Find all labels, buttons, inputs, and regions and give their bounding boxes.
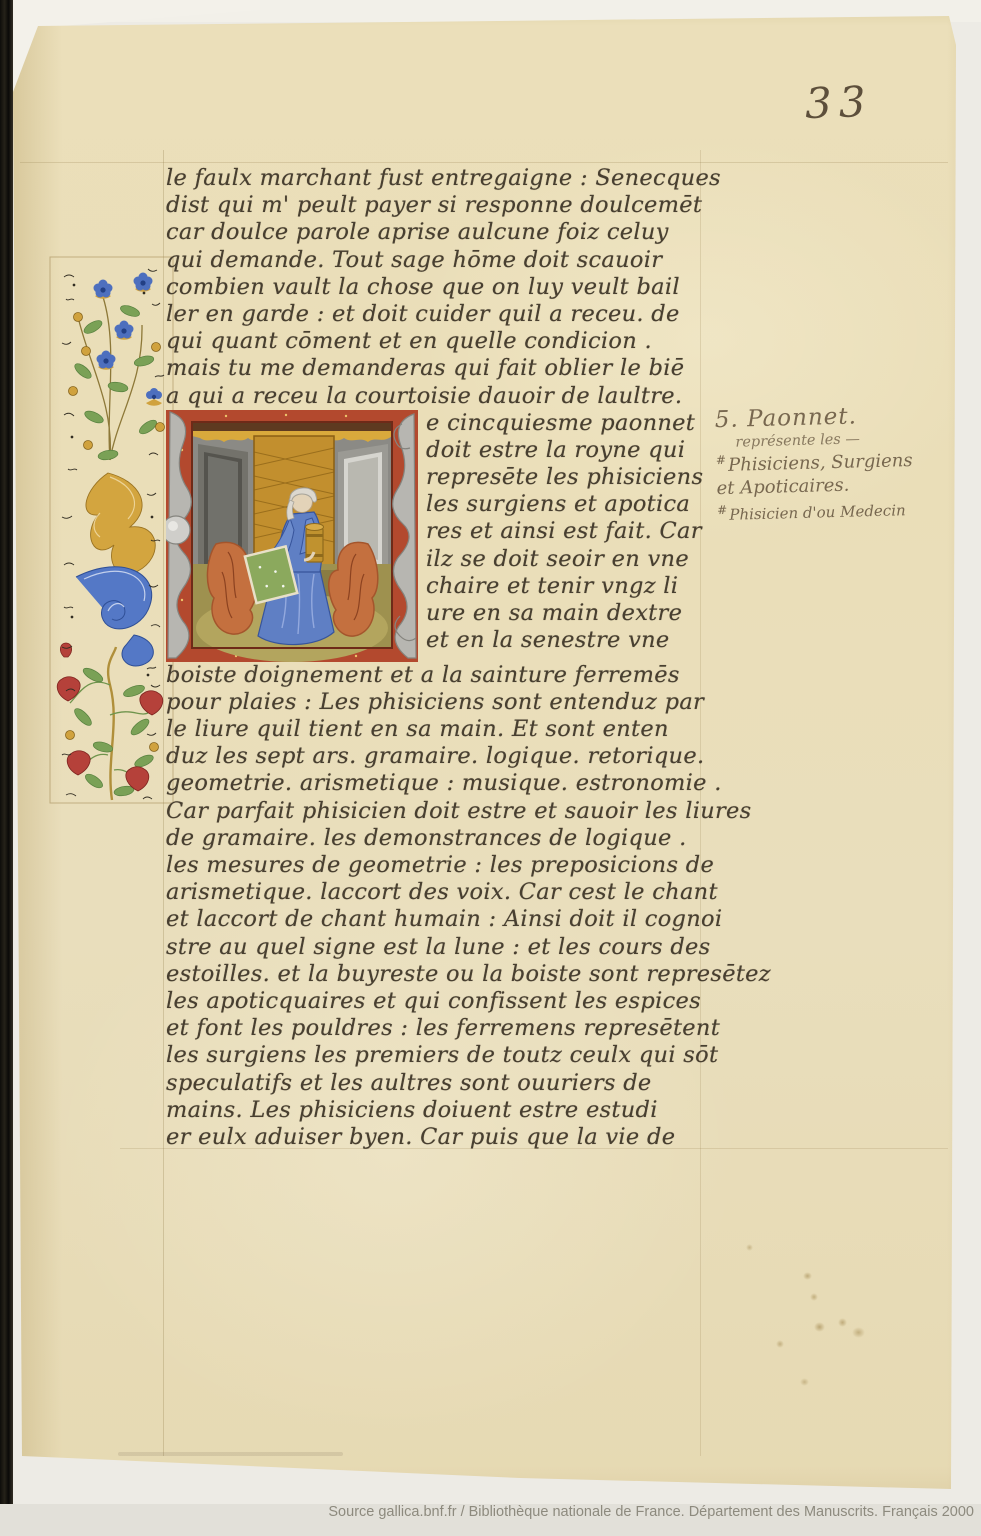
text-line: qui demande. Tout sage hōme doit scauoir [166, 247, 726, 274]
text-line: mains. Les phisiciens doiuent estre estu… [166, 1097, 726, 1124]
text-line: speculatifs et les aultres sont ouuriers… [166, 1070, 726, 1097]
text-lines-bottom: boiste doignement et a la sainture ferre… [166, 662, 726, 1151]
text-line: ure en sa main dextre [426, 600, 726, 627]
margin-note-line: #Phisiciens, Surgiens [716, 447, 957, 476]
margin-note-mark: # [716, 453, 726, 467]
margin-note-line: et Apoticaires. [716, 472, 956, 499]
ointment-box [306, 523, 324, 562]
text-line: duz les sept ars. gramaire. logique. ret… [166, 743, 726, 770]
text-line: er eulx aduiser byen. Car puis que la vi… [166, 1124, 726, 1151]
text-line: mais tu me demanderas qui fait oblier le… [166, 355, 726, 382]
foxing-spot [746, 1244, 753, 1251]
text-line: les surgiens et apotica [426, 491, 726, 518]
border-blue-flowers [94, 273, 163, 406]
text-line: doit estre la royne qui [426, 437, 726, 464]
text-lines-beside: e cincquiesme paonnetdoit estre la royne… [426, 410, 726, 655]
text-line: Car parfait phisicien doit estre et sauo… [166, 798, 726, 825]
text-line: les mesures de geometrie : les preposici… [166, 852, 726, 879]
folio-number: 33 [804, 77, 873, 128]
text-line: le liure quil tient en sa main. Et sont … [166, 716, 726, 743]
canopy [192, 422, 392, 431]
text-line: res et ainsi est fait. Car [426, 518, 726, 545]
text-line: stre au quel signe est la lune : et les … [166, 934, 726, 961]
caption-bar: Source gallica.bnf.fr / Bibliothèque nat… [0, 1504, 981, 1536]
text-line: les surgiens les premiers de toutz ceulx… [166, 1042, 726, 1069]
text-line: car doulce parole aprise aulcune foiz ce… [166, 219, 726, 246]
text-line: estoilles. et la buyreste ou la boiste s… [166, 961, 726, 988]
text-line: arismetique. laccort des voix. Car cest … [166, 879, 726, 906]
text-line: a qui a receu la courtoisie dauoir de la… [166, 383, 726, 410]
foxing-spot [776, 1340, 784, 1348]
foxing-spot [852, 1327, 865, 1338]
foxing-spot [803, 1272, 812, 1280]
caption-text: Source gallica.bnf.fr / Bibliothèque nat… [0, 1504, 981, 1536]
text-line: represēte les phisiciens [426, 464, 726, 491]
text-block: le faulx marchant fust entregaigne : Sen… [166, 165, 726, 1151]
foxing-spot [810, 1293, 818, 1301]
ruling-line-top [20, 162, 948, 163]
text-line: dist qui m' peult payer si responne doul… [166, 192, 726, 219]
text-line: geometrie. arismetique : musique. estron… [166, 770, 726, 797]
text-line: chaire et tenir vngz li [426, 573, 726, 600]
margin-note: 5. Paonnet. représente les — #Phisiciens… [715, 401, 958, 524]
text-line: le faulx marchant fust entregaigne : Sen… [166, 165, 726, 192]
margin-note-mark: # [717, 503, 727, 517]
illuminated-initial-miniature [166, 410, 418, 662]
text-line: de gramaire. les demonstrances de logiqu… [166, 825, 726, 852]
miniature-row: e cincquiesme paonnetdoit estre la royne… [166, 410, 726, 662]
scan-streak [118, 1452, 343, 1456]
text-line: e cincquiesme paonnet [426, 410, 726, 437]
text-line: les apoticquaires et qui confissent les … [166, 988, 726, 1015]
text-line: qui quant cōment et en quelle condicion … [166, 328, 726, 355]
border-acanthus [76, 473, 155, 666]
text-line: ilz se doit seoir en vne [426, 546, 726, 573]
manuscript-scan-page: 33 [0, 0, 981, 1536]
foxing-spot [838, 1318, 847, 1327]
text-line: pour plaies : Les phisiciens sont entend… [166, 689, 726, 716]
foxing-spot [800, 1378, 809, 1386]
text-line: et en la senestre vne [426, 627, 726, 654]
text-lines-top: le faulx marchant fust entregaigne : Sen… [166, 165, 726, 410]
text-line: boiste doignement et a la sainture ferre… [166, 662, 726, 689]
floral-border [48, 255, 175, 805]
binding-gutter-shadow [0, 0, 13, 1504]
miniature-scene [192, 422, 392, 662]
text-line: ler en garde : et doit cuider quil a rec… [166, 301, 726, 328]
margin-note-title: 5. Paonnet. [715, 401, 956, 433]
text-line: et laccort de chant humain : Ainsi doit … [166, 906, 726, 933]
foxing-spot [814, 1322, 825, 1332]
text-line: combien vault la chose que on luy veult … [166, 274, 726, 301]
text-line: et font les pouldres : les ferremens rep… [166, 1015, 726, 1042]
